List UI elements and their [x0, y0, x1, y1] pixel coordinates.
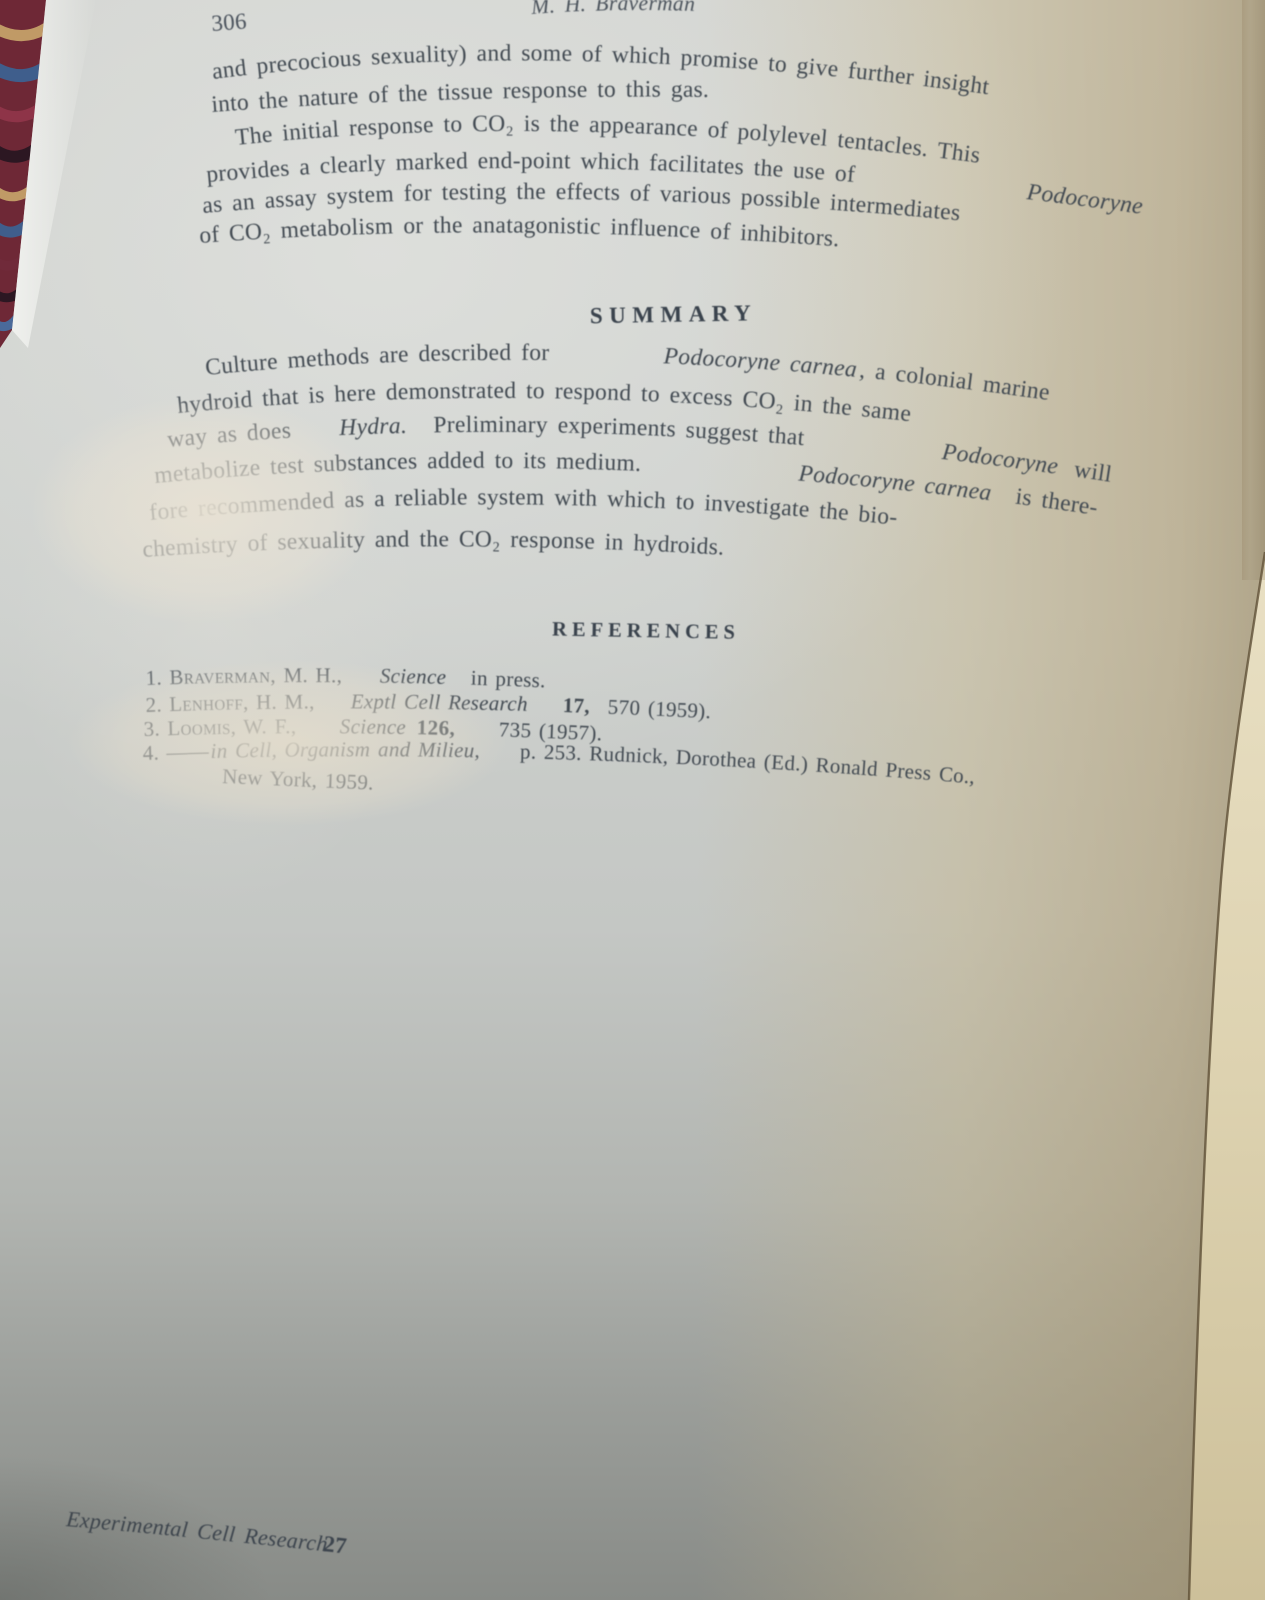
- running-head: M. H. Braverman: [529, 0, 695, 19]
- page-number: 306: [211, 8, 248, 36]
- summary-line-6: chemistry of sexuality and the CO₂ respo…: [142, 526, 726, 563]
- summary-line-5: fore recommended as a reliable system wi…: [148, 484, 899, 530]
- summary-heading: SUMMARY: [590, 300, 758, 328]
- reference-item-4-continued: New York, 1959.: [222, 764, 374, 795]
- footer-journal-line: Experimental Cell Research 27: [64, 1506, 429, 1567]
- para2-line-4: of CO₂ metabolism or the anatagonistic i…: [198, 212, 840, 252]
- book-photo: M. H. Braverman 306 and precocious sexua…: [0, 0, 1265, 1600]
- page-text: M. H. Braverman 306 and precocious sexua…: [0, 0, 1265, 1600]
- references-heading: REFERENCES: [552, 619, 740, 644]
